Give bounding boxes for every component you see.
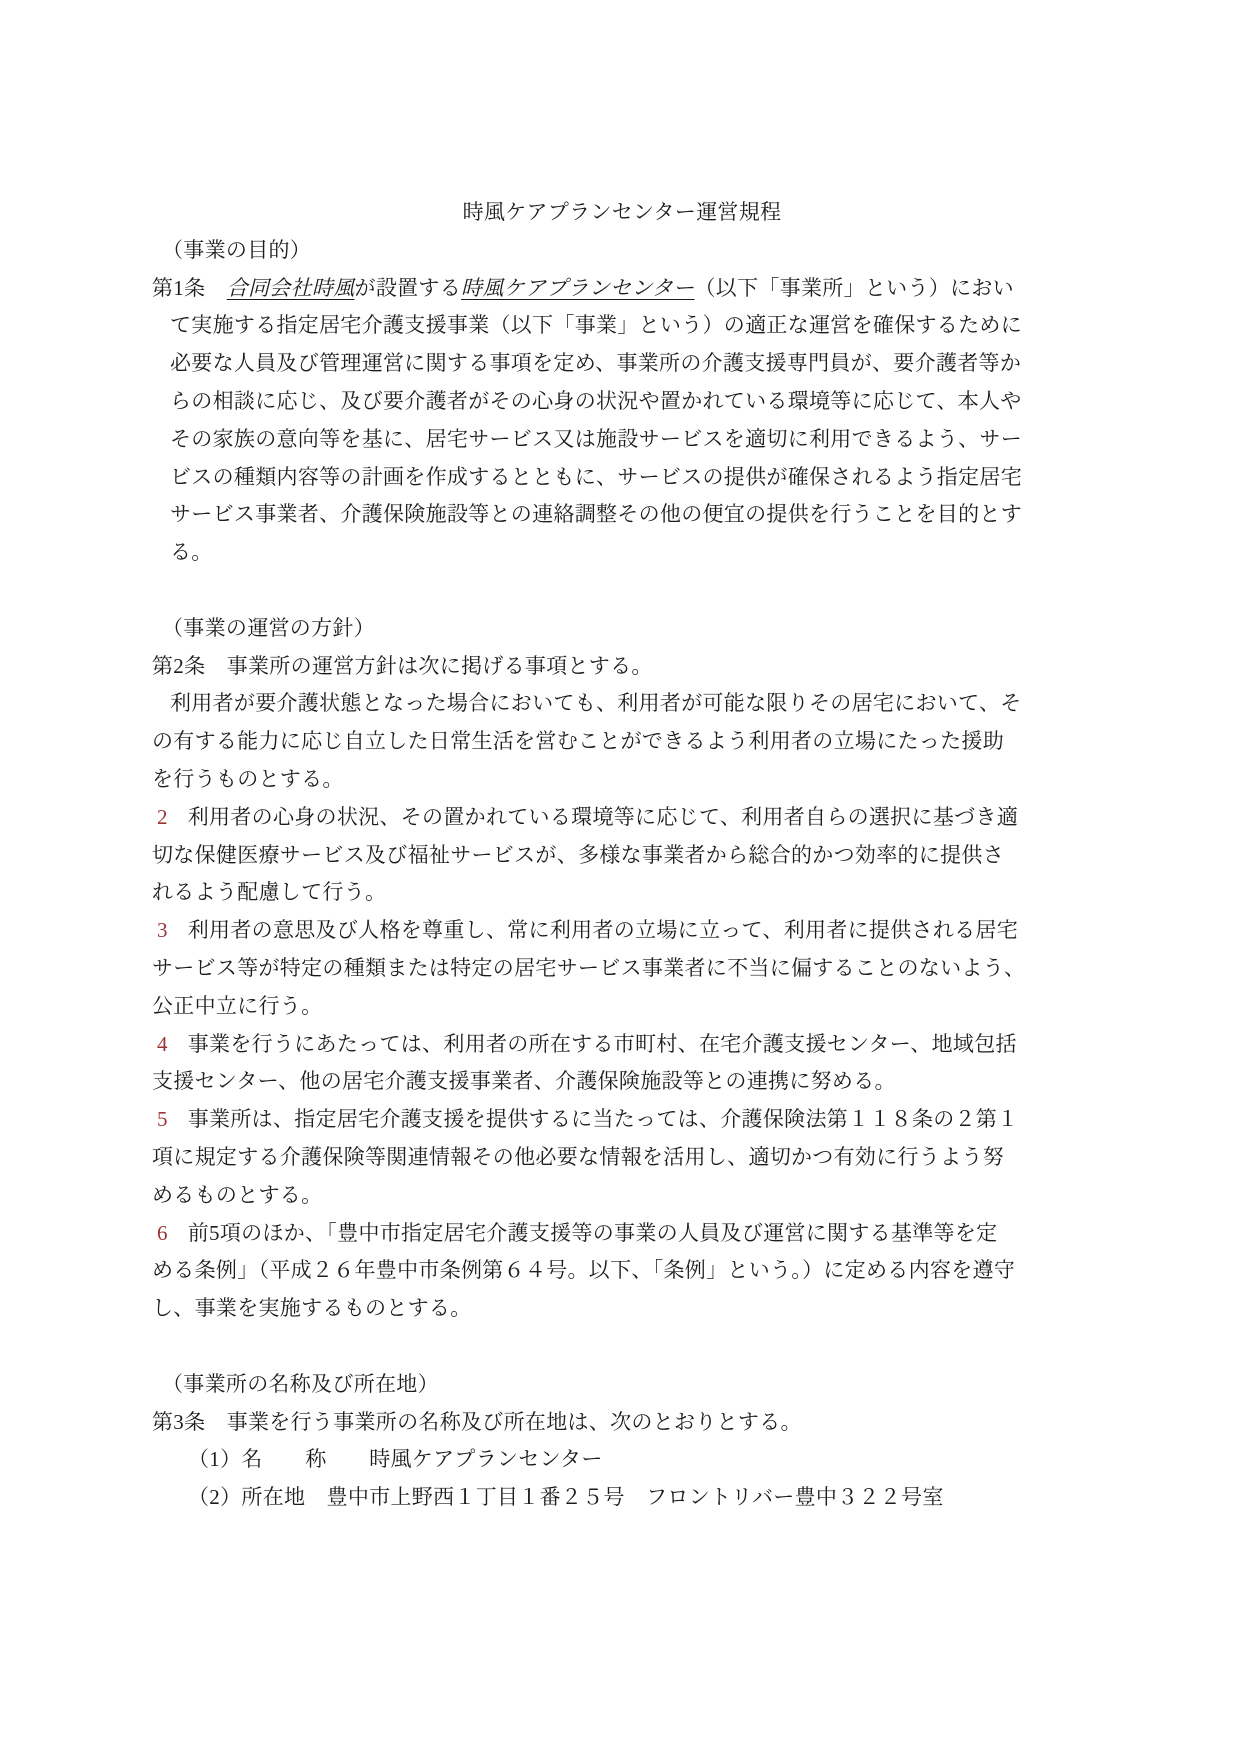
doc-line: （事業の目的） xyxy=(152,232,997,270)
item-number: 3 xyxy=(157,918,168,942)
article-text: が設置する xyxy=(355,276,462,300)
doc-line: 支援センター、他の居宅介護支援事業者、介護保険施設等との連携に努める。 xyxy=(152,1063,997,1101)
doc-line: の有する能力に応じ自立した日常生活を営むことができるよう利用者の立場にたった援助 xyxy=(152,723,997,761)
article-text: 第1条 xyxy=(152,276,227,300)
doc-line: める条例」（平成２６年豊中市条例第６４号。以下、「条例」という。）に定める内容を… xyxy=(152,1252,997,1290)
doc-title: 時風ケアプランセンター運営規程 xyxy=(152,194,997,232)
item-text: 事業を行うにあたっては、利用者の所在する市町村、在宅介護支援センター、地域包括 xyxy=(188,1032,1017,1056)
doc-line: 6前5項のほか、「豊中市指定居宅介護支援等の事業の人員及び運営に関する基準等を定 xyxy=(152,1215,997,1253)
item-number: 2 xyxy=(157,805,168,829)
item-text: 事業所は、指定居宅介護支援を提供するに当たっては、介護保険法第１１８条の２第１ xyxy=(188,1107,1019,1131)
doc-line: 必要な人員及び管理運営に関する事項を定め、事業所の介護支援専門員が、要介護者等か xyxy=(152,345,997,383)
doc-line: 公正中立に行う。 xyxy=(152,988,997,1026)
item-number: 5 xyxy=(157,1107,168,1131)
doc-line: らの相談に応じ、及び要介護者がその心身の状況や置かれている環境等に応じて、本人や xyxy=(152,383,997,421)
item-text: 前5項のほか、「豊中市指定居宅介護支援等の事業の人員及び運営に関する基準等を定 xyxy=(188,1221,998,1245)
doc-line: （事業の運営の方針） xyxy=(152,610,997,648)
doc-line xyxy=(152,1328,997,1366)
entity-name: 合同会社時風 xyxy=(227,276,355,300)
doc-line: 項に規定する介護保険等関連情報その他必要な情報を活用し、適切かつ有効に行うよう努 xyxy=(152,1139,997,1177)
doc-line: て実施する指定居宅介護支援事業（以下「事業」という）の適正な運営を確保するために xyxy=(152,307,997,345)
doc-line: 4事業を行うにあたっては、利用者の所在する市町村、在宅介護支援センター、地域包括 xyxy=(152,1026,997,1064)
doc-line: 第2条 事業所の運営方針は次に掲げる事項とする。 xyxy=(152,648,997,686)
doc-line: （1）名 称 時風ケアプランセンター xyxy=(152,1441,997,1479)
item-text: 利用者の心身の状況、その置かれている環境等に応じて、利用者自らの選択に基づき適 xyxy=(188,805,1018,829)
doc-line: 利用者が要介護状態となった場合においても、利用者が可能な限りその居宅において、そ xyxy=(152,685,997,723)
item-text: 利用者の意思及び人格を尊重し、常に利用者の立場に立って、利用者に提供される居宅 xyxy=(188,918,1018,942)
item-number: 4 xyxy=(157,1032,168,1056)
item-number: 6 xyxy=(157,1221,168,1245)
doc-line: その家族の意向等を基に、居宅サービス又は施設サービスを適切に利用できるよう、サー xyxy=(152,421,997,459)
doc-line: 5事業所は、指定居宅介護支援を提供するに当たっては、介護保険法第１１８条の２第１ xyxy=(152,1101,997,1139)
doc-line: （2）所在地 豊中市上野西１丁目１番２５号 フロントリバー豊中３２２号室 xyxy=(152,1479,997,1517)
document-page: 時風ケアプランセンター運営規程（事業の目的）第1条 合同会社時風が設置する時風ケ… xyxy=(0,0,1241,1755)
article-text: （以下「事業所」という）におい xyxy=(694,276,1014,300)
doc-line: ビスの種類内容等の計画を作成するとともに、サービスの提供が確保されるよう指定居宅 xyxy=(152,459,997,497)
entity-name: 時風ケアプランセンター xyxy=(461,276,694,300)
doc-line: 第3条 事業を行う事業所の名称及び所在地は、次のとおりとする。 xyxy=(152,1404,997,1442)
document-body: 時風ケアプランセンター運営規程（事業の目的）第1条 合同会社時風が設置する時風ケ… xyxy=(152,194,997,1517)
doc-line: し、事業を実施するものとする。 xyxy=(152,1290,997,1328)
doc-line: サービス事業者、介護保険施設等との連絡調整その他の便宜の提供を行うことを目的とす xyxy=(152,496,997,534)
doc-line: 切な保健医療サービス及び福祉サービスが、多様な事業者から総合的かつ効率的に提供さ xyxy=(152,837,997,875)
doc-line: 3利用者の意思及び人格を尊重し、常に利用者の立場に立って、利用者に提供される居宅 xyxy=(152,912,997,950)
doc-line: を行うものとする。 xyxy=(152,761,997,799)
doc-line: 2利用者の心身の状況、その置かれている環境等に応じて、利用者自らの選択に基づき適 xyxy=(152,799,997,837)
doc-line: 第1条 合同会社時風が設置する時風ケアプランセンター（以下「事業所」という）にお… xyxy=(152,270,997,308)
doc-line xyxy=(152,572,997,610)
doc-line: （事業所の名称及び所在地） xyxy=(152,1366,997,1404)
doc-line: る。 xyxy=(152,534,997,572)
doc-line: れるよう配慮して行う。 xyxy=(152,874,997,912)
doc-line: めるものとする。 xyxy=(152,1177,997,1215)
doc-line: サービス等が特定の種類または特定の居宅サービス事業者に不当に偏することのないよう… xyxy=(152,950,997,988)
